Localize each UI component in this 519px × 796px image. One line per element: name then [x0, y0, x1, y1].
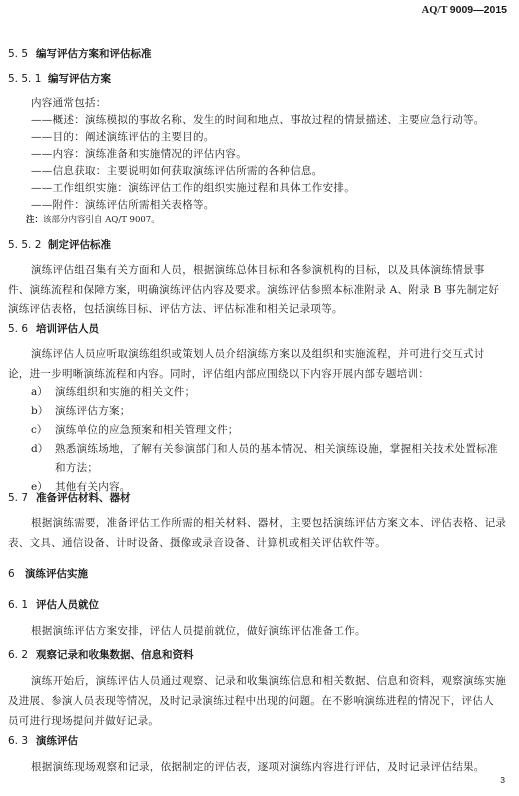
list-item-continuation: 和方法；	[55, 460, 98, 475]
section-title: 演练评估实施	[25, 568, 88, 580]
page-header-standard-code: AQ/T 9009—2015	[422, 4, 507, 16]
section-number: 6	[8, 568, 25, 580]
paragraph-line: 表、文具、通信设备、计时设备、摄像或录音设备、计算机或相关评估软件等。	[8, 535, 386, 550]
dash-item: ——信息获取：主要说明如何获取演练评估所需的各种信息。	[31, 163, 323, 178]
section-title: 准备评估材料、器材	[36, 492, 131, 504]
section-number: 5. 5. 2	[8, 239, 48, 251]
dash-item: ——内容：演练准备和实施情况的评估内容。	[31, 146, 247, 161]
paragraph-line: 演练评估人员应听取演练组织或策划人员介绍演练方案以及组织和实施流程，并可进行交互…	[31, 346, 485, 361]
paragraph-line: 演练评估表格，包括演练目标、评估方法、评估标准和相关记录项等。	[8, 301, 343, 316]
dash-item: ——概述：演练模拟的事故名称、发生的时间和地点、事故过程的情景描述、主要应急行动…	[31, 112, 485, 127]
section-title: 评估人员就位	[36, 599, 99, 611]
dash-item: ——附件：演练评估所需相关表格等。	[31, 197, 215, 212]
section-number: 6. 3	[8, 735, 36, 747]
section-number: 5. 5. 1	[8, 73, 48, 85]
list-marker: b）	[31, 403, 48, 418]
heading-5-7: 5. 7准备评估材料、器材	[8, 490, 131, 505]
section-title: 培训评估人员	[36, 323, 99, 335]
paragraph-line: 演练开始后，演练评估人员通过观察、记录和收集演练信息和相关数据、信息和资料，观察…	[31, 673, 506, 688]
paragraph-line: 根据演练现场观察和记录，依据制定的评估表，逐项对演练内容进行评估，及时记录评估结…	[31, 759, 485, 774]
list-item: 演练组织和实施的相关文件；	[55, 384, 195, 399]
section-number: 5. 7	[8, 492, 36, 504]
list-item: 演练评估方案；	[55, 403, 131, 418]
section-title: 观察记录和收集数据、信息和资料	[36, 649, 194, 661]
list-marker: c）	[31, 422, 47, 437]
section-number: 6. 1	[8, 599, 36, 611]
paragraph-line: 论，进一步明晰演练流程和内容。同时，评估组内部应围绕以下内容开展内部专题培训：	[8, 366, 429, 381]
heading-5-6: 5. 6培训评估人员	[8, 321, 99, 336]
note: 注：该部分内容引自 AQ/T 9007。	[26, 213, 160, 225]
paragraph-line: 及进展、参演人员表现等情况，及时记录演练过程中出现的问题。在不影响演练进程的情况…	[8, 693, 494, 708]
list-item: 演练单位的应急预案和相关管理文件；	[55, 422, 239, 437]
list-marker: d）	[31, 441, 48, 456]
paragraph-line: 根据演练评估方案安排，评估人员提前就位，做好演练评估准备工作。	[31, 623, 366, 638]
paragraph-line: 员可进行现场提问并做好记录。	[8, 713, 159, 728]
page-number: 3	[500, 775, 505, 785]
section-number: 6. 2	[8, 649, 36, 661]
section-number: 5. 5	[8, 48, 36, 60]
list-marker: a）	[31, 384, 48, 399]
dash-item: ——工作组织实施：演练评估工作的组织实施过程和具体工作安排。	[31, 180, 355, 195]
standard-number: 9009—2015	[450, 4, 507, 16]
section-title: 编写评估方案和评估标准	[36, 48, 152, 60]
note-label: 注：	[26, 215, 43, 225]
intro-text: 内容通常包括：	[31, 95, 107, 110]
heading-6-3: 6. 3演练评估	[8, 733, 78, 748]
paragraph-line: 根据演练需要，准备评估工作所需的相关材料、器材，主要包括演练评估方案文本、评估表…	[31, 515, 506, 530]
heading-5-5: 5. 5编写评估方案和评估标准	[8, 46, 152, 61]
section-number: 5. 6	[8, 323, 36, 335]
section-title: 演练评估	[36, 735, 78, 747]
paragraph-line: 件、演练流程和保障方案，明确演练评估内容及要求。演练评估参照本标准附录 A、附录…	[8, 282, 499, 297]
paragraph-line: 演练评估组召集有关方面和人员，根据演练总体目标和各参演机构的目标，以及具体演练情…	[31, 262, 485, 277]
heading-5-5-2: 5. 5. 2制定评估标准	[8, 237, 111, 252]
section-title: 编写评估方案	[48, 73, 111, 85]
dash-item: ——目的：阐述演练评估的主要目的。	[31, 129, 215, 144]
section-title: 制定评估标准	[48, 239, 111, 251]
heading-6-1: 6. 1评估人员就位	[8, 597, 99, 612]
standard-code: AQ/T	[422, 5, 447, 16]
list-item: 熟悉演练场地，了解有关参演部门和人员的基本情况、相关演练设施，掌握相关技术处置标…	[55, 441, 498, 456]
heading-5-5-1: 5. 5. 1编写评估方案	[8, 71, 111, 86]
heading-6-2: 6. 2观察记录和收集数据、信息和资料	[8, 647, 194, 662]
heading-6: 6演练评估实施	[8, 566, 88, 581]
note-text: 该部分内容引自 AQ/T 9007。	[43, 215, 160, 225]
